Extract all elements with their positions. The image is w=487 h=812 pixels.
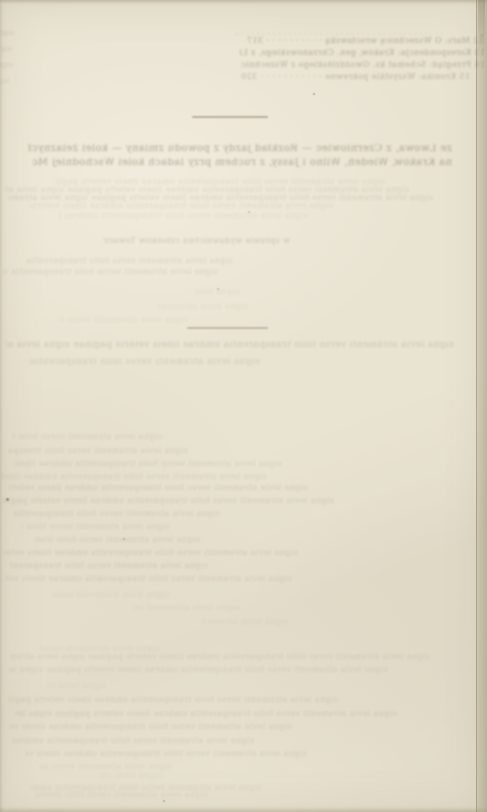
bleedthrough-line: signa levia atramenti verso folio transp… (22, 523, 170, 533)
bleedthrough-line: 15 Kronika: Wszystkie pokrewne · · · · ·… (238, 73, 470, 83)
bleedthrough-line: na Kraków, Wiedeń, Wilno i Jassy, z ruch… (33, 158, 452, 171)
ink-speck (481, 34, 483, 36)
bleedthrough-line: · · · · · · · · · · · · · · · · · · · · … (205, 31, 443, 40)
bleedthrough-line: signa levia atramenti verso folio transp… (8, 666, 388, 676)
bleedthrough-line: signa levia atramenti verso folio transp… (4, 575, 292, 585)
bleedthrough-line: 13 Korespondencja: Kraków, gen. Chrzanow… (240, 49, 485, 59)
bleedthrough-line: signa levia atramenti verso folio transp… (14, 460, 282, 470)
bleedthrough-line: signa levia atramenti verso folio transp… (10, 562, 208, 572)
bleedthrough-line: 12 Mars: O Wszechnicę wrocławską · · · ·… (244, 37, 484, 47)
bleedthrough-line: signa levia atramenti verso folio transp… (40, 763, 172, 773)
bleedthrough-line: signa levia atramenti verso folio transp… (6, 341, 454, 353)
bleedthrough-line: signa levia atramenti verso folio transp… (12, 510, 220, 520)
bleedthrough-line: signa levia atramenti verso folio transp… (34, 536, 200, 546)
section-rule (192, 116, 268, 118)
bleedthrough-line: signa levia atramenti verso folio transp… (8, 696, 338, 706)
bleedthrough-line: signa levia atramenti verso folio transp… (52, 591, 170, 601)
bleedthrough-line: signa levia atramenti verso folio transp… (10, 653, 430, 663)
bleedthrough-line: signa levia atramenti verso folio transp… (58, 316, 188, 326)
bleedthrough-line: signa levia atramenti verso folio transp… (0, 46, 12, 55)
section-rule (187, 327, 268, 329)
bleedthrough-line: signa levia atramenti verso folio transp… (55, 178, 385, 188)
bleedthrough-line: signa levia atramenti verso folio transp… (132, 604, 240, 614)
ink-speck (313, 93, 315, 95)
bleedthrough-line: signa levia atramenti verso folio transp… (10, 723, 292, 733)
ink-speck (123, 538, 125, 540)
bleedthrough-line: signa levia atramenti verso folio transp… (8, 194, 433, 204)
ink-speck (217, 288, 219, 290)
bleedthrough-line: signa levia atramenti verso folio transp… (2, 497, 334, 507)
bleedthrough-line: signa levia atramenti verso folio transp… (200, 618, 288, 628)
bleedthrough-line: signa levia atramenti verso folio transp… (0, 62, 13, 71)
bleedthrough-line: signa levia atramenti verso folio transp… (0, 30, 14, 39)
bleedthrough-line: signa levia atramenti verso folio transp… (28, 202, 333, 212)
ink-speck (6, 498, 9, 501)
bleedthrough-line: signa levia atramenti verso folio transp… (36, 791, 208, 801)
bleedthrough-line: signa levia atramenti verso folio transp… (30, 784, 262, 794)
page-edge-left (0, 0, 3, 812)
page-edge-top (0, 0, 487, 4)
bleedthrough-line: signa levia atramenti verso folio transp… (23, 257, 233, 267)
bleedthrough-line: signa levia atramenti verso folio transp… (4, 186, 409, 196)
bleedthrough-line: signa levia atramenti verso folio transp… (25, 358, 260, 370)
paper-vignette (0, 0, 487, 812)
page-edge-bottom (0, 807, 487, 812)
scanned-page: · · · · · · · · · · · · · · · · · · · · … (0, 0, 487, 812)
page-edge-corner-shadow (478, 0, 485, 56)
bleedthrough-line: signa levia atramenti verso folio transp… (8, 484, 308, 494)
bleedthrough-line: signa levia atramenti verso folio transp… (8, 447, 188, 457)
ink-speck (163, 800, 165, 802)
bleedthrough-line: ze Lwowa, z Czerniowiec — Rozkład jazdy … (28, 144, 452, 157)
bleedthrough-line: signa levia atramenti verso folio transp… (25, 750, 307, 760)
bleedthrough-line: signa levia atramenti verso folio transp… (58, 212, 308, 222)
bleedthrough-line: signa levia atramenti verso folio transp… (12, 737, 254, 747)
bleedthrough-line: signa levia atramenti verso folio transp… (100, 772, 162, 782)
bleedthrough-line: 14 Przegląd: Schemat ks. Gwoździńskiego … (240, 61, 485, 71)
bleedthrough-line: signa levia atramenti verso folio transp… (40, 645, 160, 655)
page-edge-right (476, 0, 487, 812)
bleedthrough-line: w sprawie wydawnictwa członków Towarzyst… (103, 237, 290, 247)
bleedthrough-line: signa levia atramenti verso folio transp… (158, 303, 248, 313)
bleedthrough-line: signa levia atramenti verso folio transp… (12, 433, 162, 443)
bleedthrough-line: signa levia atramenti verso folio transp… (15, 710, 397, 720)
ink-speck (248, 211, 250, 213)
bleedthrough-line: signa levia atramenti verso folio transp… (4, 549, 298, 559)
bleedthrough-line: signa levia atramenti verso folio transp… (0, 78, 10, 87)
bleedthrough-line: signa levia atramenti verso folio transp… (3, 268, 218, 278)
bleedthrough-line: signa levia atramenti verso folio transp… (195, 288, 240, 298)
bleedthrough-line: signa levia atramenti verso folio transp… (2, 473, 267, 483)
bleedthrough-line: signa levia atramenti verso folio transp… (46, 682, 106, 692)
